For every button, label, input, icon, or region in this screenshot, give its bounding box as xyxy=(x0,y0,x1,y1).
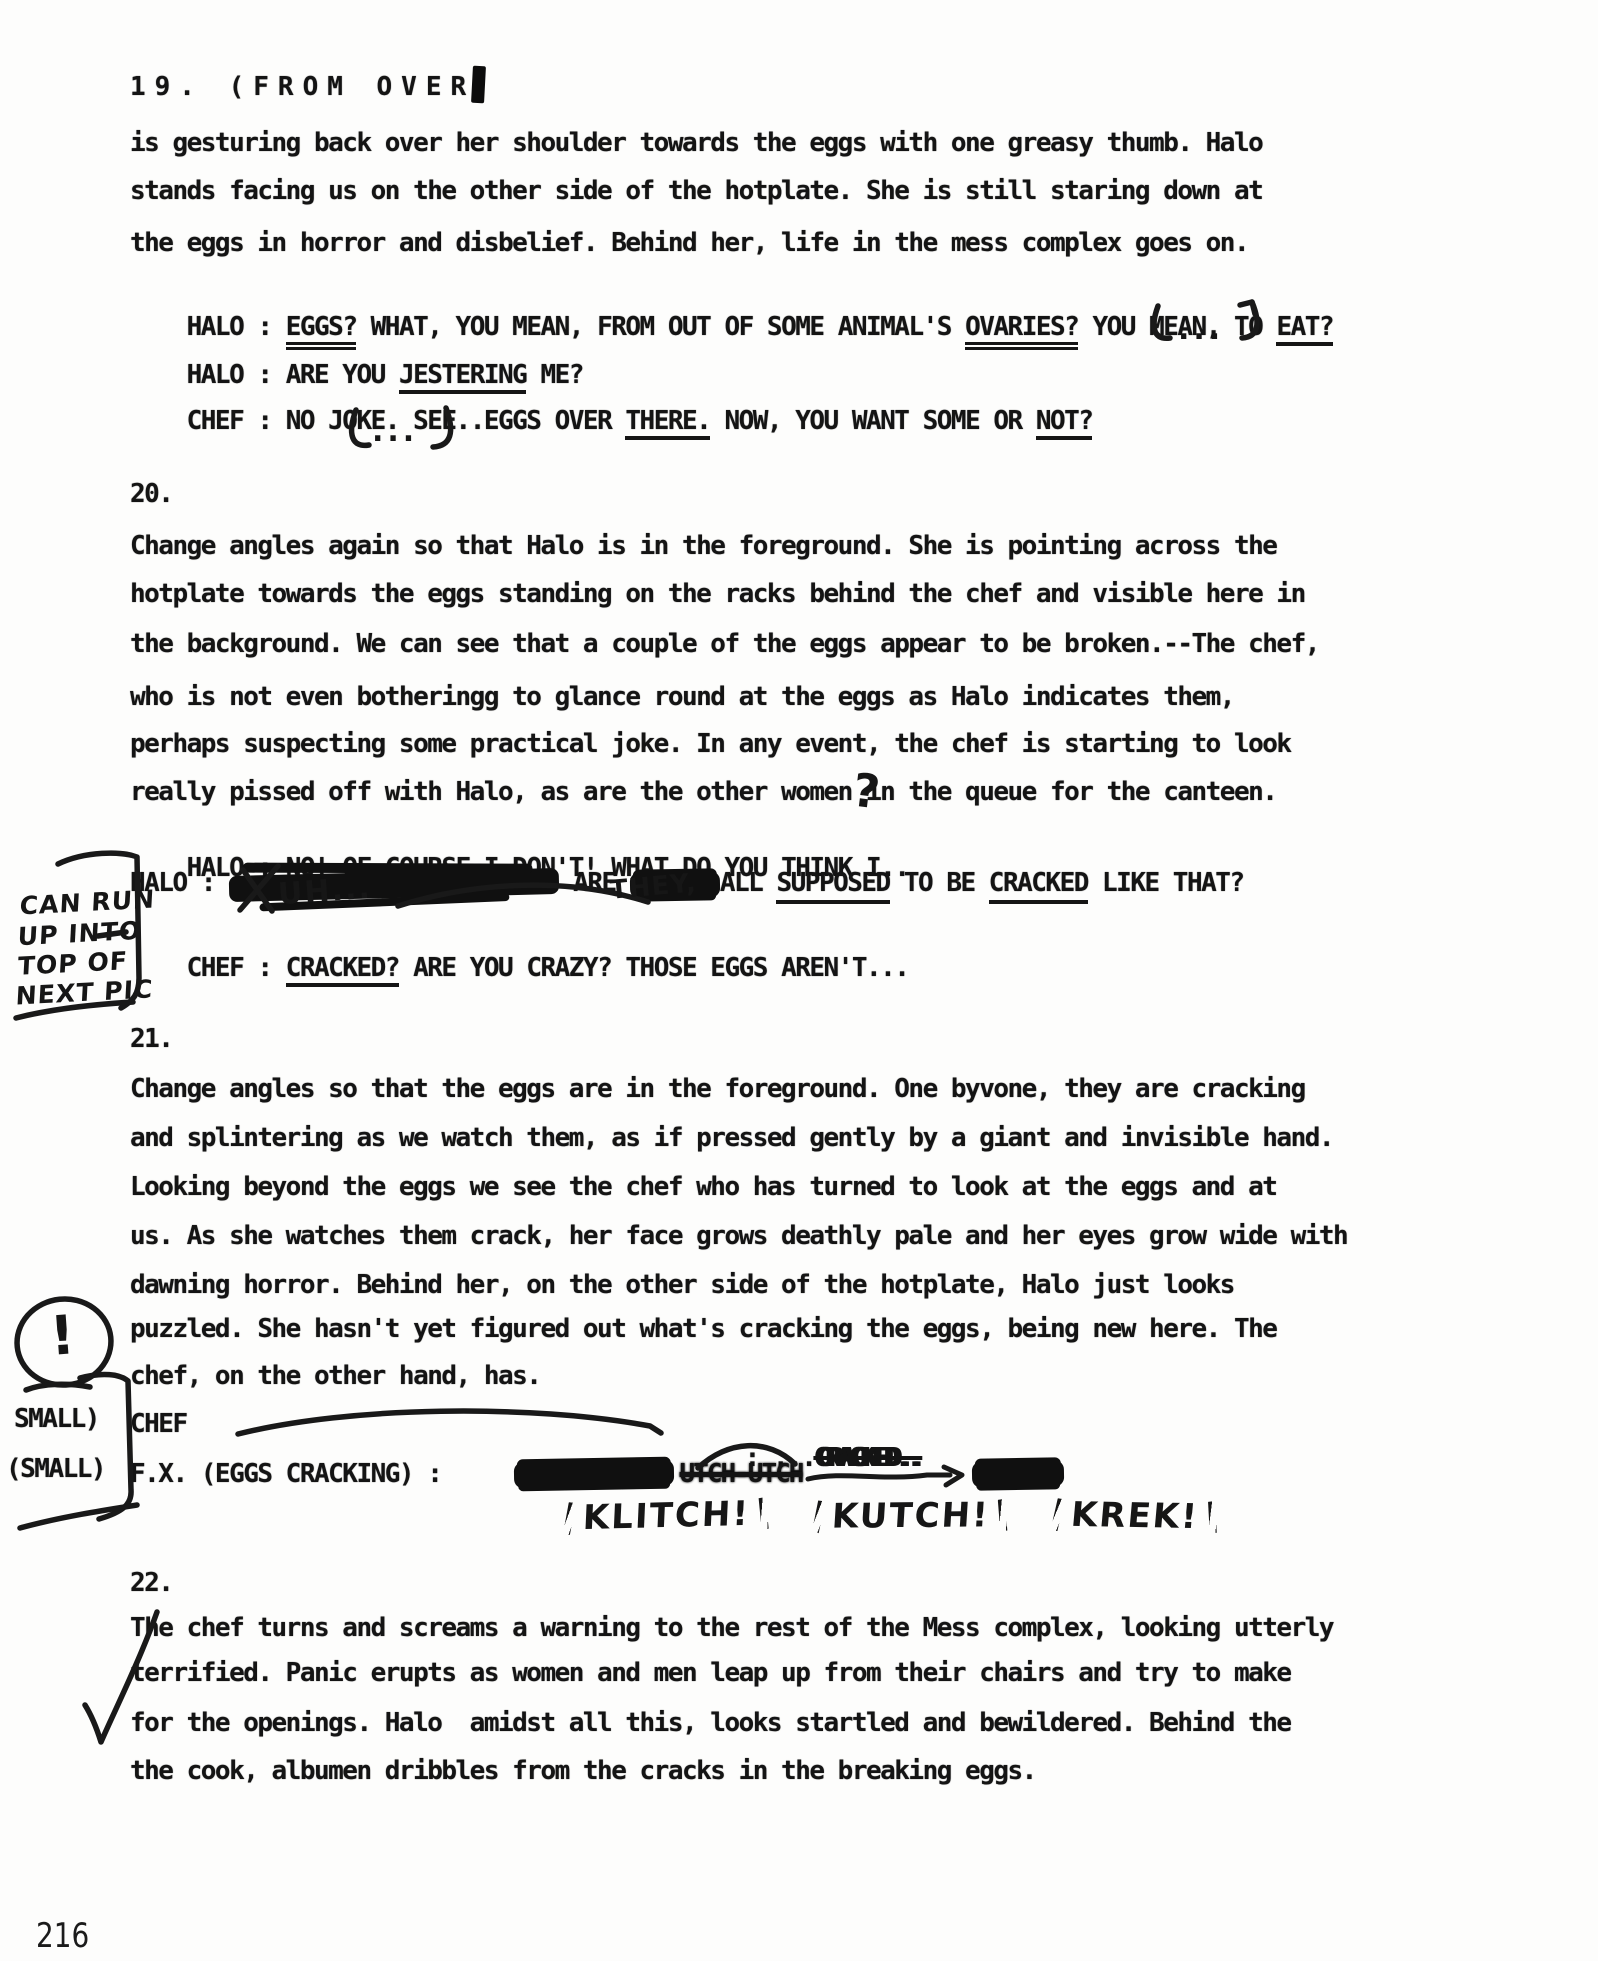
panel-21-heading: 21. xyxy=(130,1022,172,1056)
scribbled-out-sfx xyxy=(972,1460,1064,1488)
panel-22-body-line: terrified. Panic erupts as women and men… xyxy=(130,1656,1291,1690)
panel-21-body-line: us. As she watches them crack, her face … xyxy=(130,1219,1347,1253)
dialogue-text: LIKE THAT? xyxy=(1088,866,1244,900)
chef-curve-stroke xyxy=(238,1411,661,1434)
panel-21-body-line: dawning horror. Behind her, on the other… xyxy=(130,1268,1234,1302)
fx-label: F.X. (EGGS CRACKING) : xyxy=(130,1457,456,1491)
panel-21-body-line: puzzled. She hasn't yet figured out what… xyxy=(130,1312,1276,1346)
scribbled-out-sfx xyxy=(513,1460,673,1489)
handwritten-uh: UH... xyxy=(277,871,373,912)
ink-blot xyxy=(471,66,486,104)
handwritten-sfx: KREK! xyxy=(1053,1495,1218,1538)
panel-19-body-line: is gesturing back over her shoulder towa… xyxy=(130,126,1262,160)
handwritten-sfx-row: KLITCH! KUTCH! KREK! xyxy=(566,1496,1216,1536)
panel-19-body-line: the eggs in horror and disbelief. Behind… xyxy=(130,226,1248,260)
page-number: 216 xyxy=(36,1916,89,1956)
handwritten-question-mark: ? xyxy=(850,763,883,820)
panel-21-body-line: and splintering as we watch them, as if … xyxy=(130,1121,1333,1155)
arrow-shaft xyxy=(808,1475,950,1479)
dialogue-text: ALL xyxy=(720,866,777,900)
panel-22-heading: 22. xyxy=(130,1566,172,1600)
handwritten-insert-dots: ... xyxy=(372,414,418,449)
margin-small-label: SMALL) xyxy=(14,1402,99,1436)
panel-20-body-line: Change angles again so that Halo is in t… xyxy=(130,529,1276,563)
circled-exclamation-text: ! xyxy=(48,1303,77,1368)
underlined-word: OVARIES? xyxy=(965,312,1078,350)
panel-20-body-line: hotplate towards the eggs standing on th… xyxy=(130,577,1305,611)
underlined-word: THERE. xyxy=(625,406,710,440)
script-page: 19. (FROM OVER is gesturing back over he… xyxy=(0,0,1598,1961)
panel-21-body-line: Looking beyond the eggs we see the chef … xyxy=(130,1170,1276,1204)
struck-sfx-word: UTCH-UTCH xyxy=(680,1457,803,1491)
handwritten-sfx: KUTCH! xyxy=(814,1495,1008,1537)
dialogue-text: TO BE xyxy=(890,866,989,900)
panel-22-body-line: The chef turns and screams a warning to … xyxy=(130,1611,1333,1645)
panel-22-body-line: the cook, albumen dribbles from the crac… xyxy=(130,1754,1036,1788)
handwritten-arrow xyxy=(802,1459,972,1489)
panel-21-body-line: chef, on the other hand, has. xyxy=(130,1359,540,1393)
circle-under-stroke xyxy=(26,1384,90,1390)
panel-19-body-line: stands facing us on the other side of th… xyxy=(130,174,1262,208)
dialogue-chef-cracked: CHEF : CRACKED? ARE YOU CRAZY? THOSE EGG… xyxy=(130,917,908,1019)
small-bracket-underswoosh xyxy=(20,1505,137,1528)
small-bracket xyxy=(80,1374,131,1519)
underlined-word: CRACKED? xyxy=(286,953,399,987)
panel-20-body-line: perhaps suspecting some practical joke. … xyxy=(130,727,1291,761)
panel-20-body-line: the background. We can see that a couple… xyxy=(130,627,1319,661)
panel-19-heading: 19. (FROM OVER xyxy=(130,70,475,104)
margin-small-label: (SMALL) xyxy=(6,1452,105,1486)
underlined-word: SUPPOSED xyxy=(776,866,889,904)
fx-line: F.X. (EGGS CRACKING) : UTCH-UTCH xyxy=(130,1457,1064,1491)
panel-22-body-line: for the openings. Halo amidst all this, … xyxy=(130,1706,1291,1740)
dialogue-text: CHEF : xyxy=(187,953,286,983)
underlined-word: CRACKED xyxy=(989,866,1088,904)
dialogue-text: NOW, YOU WANT SOME OR xyxy=(710,406,1036,436)
sfx-chef-name: CHEF xyxy=(130,1407,187,1441)
panel-20-body-line: who is not even botheringg to glance rou… xyxy=(130,680,1234,714)
panel-21-body-line: Change angles so that the eggs are in th… xyxy=(130,1072,1305,1106)
underlined-word: EAT? xyxy=(1276,312,1333,346)
handwritten-sfx: KLITCH! xyxy=(565,1493,768,1538)
panel-20-body-line: really pissed off with Halo, as are the … xyxy=(130,775,1276,809)
handwritten-insert-dots: ... xyxy=(1178,312,1224,347)
underlined-word: NOT? xyxy=(1036,406,1093,440)
panel-20-heading: 20. xyxy=(130,477,172,511)
dialogue-text: ARE YOU CRAZY? THOSE EGGS AREN'T... xyxy=(399,953,909,983)
dialogue-chef-nojoke: CHEF : NO JOKE. SEE..EGGS OVER THERE. NO… xyxy=(130,370,1092,472)
